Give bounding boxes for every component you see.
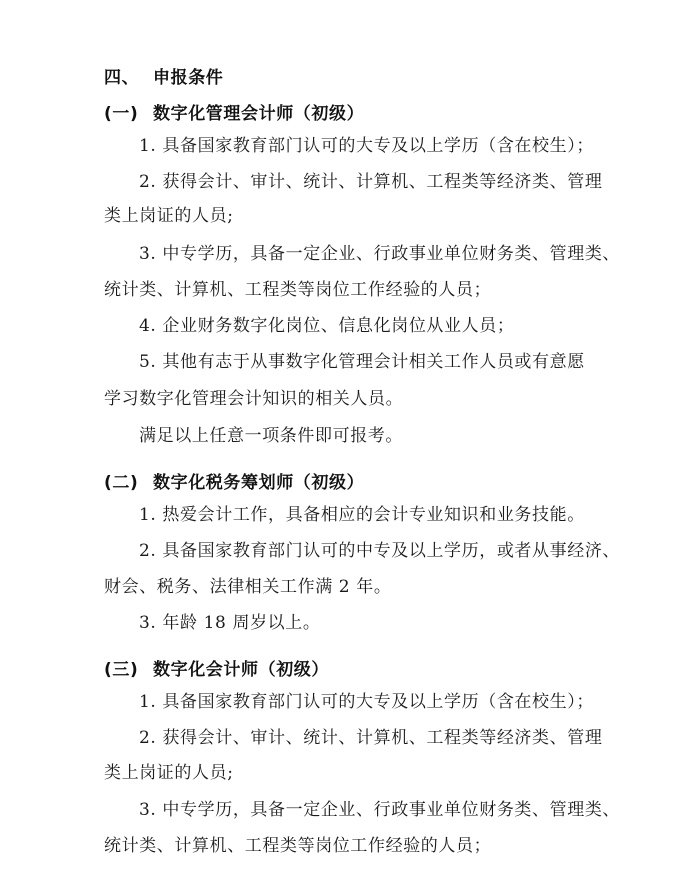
requirement-line: 类上岗证的人员; <box>104 205 234 227</box>
subsection-number: (一) <box>104 103 138 125</box>
requirement-line: 3. 中专学历，具备一定企业、行政事业单位财务类、管理类、 <box>139 799 620 821</box>
subsection-number: (三) <box>104 659 138 681</box>
requirement-line: 3. 年龄 18 周岁以上。 <box>139 612 320 634</box>
requirement-line: 1. 具备国家教育部门认可的大专及以上学历（含在校生）； <box>139 691 594 713</box>
requirement-line: 2. 获得会计、审计、统计、计算机、工程类等经济类、管理 <box>139 171 602 193</box>
requirement-line: 学习数字化管理会计知识的相关人员。 <box>104 388 403 410</box>
section-number: 四、 <box>104 67 139 89</box>
requirement-line: 4. 企业财务数字化岗位、信息化岗位从业人员； <box>139 315 514 337</box>
requirement-line: 统计类、计算机、工程类等岗位工作经验的人员； <box>104 279 491 301</box>
requirement-line: 2. 获得会计、审计、统计、计算机、工程类等经济类、管理 <box>139 727 602 749</box>
requirement-line: 2. 具备国家教育部门认可的中专及以上学历，或者从事经济、 <box>139 540 620 562</box>
requirement-line: 1. 热爱会计工作，具备相应的会计专业知识和业务技能。 <box>139 504 585 526</box>
requirement-note: 满足以上任意一项条件即可报考。 <box>139 425 403 447</box>
requirement-line: 财会、税务、法律相关工作满 2 年。 <box>104 576 391 598</box>
section-title: 申报条件 <box>153 67 223 89</box>
requirement-line: 5. 其他有志于从事数字化管理会计相关工作人员或有意愿 <box>139 351 585 373</box>
requirement-line: 统计类、计算机、工程类等岗位工作经验的人员； <box>104 835 491 857</box>
requirement-line: 3. 中专学历，具备一定企业、行政事业单位财务类、管理类、 <box>139 243 620 265</box>
requirement-line: 1. 具备国家教育部门认可的大专及以上学历（含在校生）； <box>139 135 594 157</box>
subsection-number: (二) <box>104 472 138 494</box>
subsection-title: 数字化管理会计师（初级） <box>153 103 364 125</box>
requirement-line: 类上岗证的人员; <box>104 762 234 784</box>
subsection-title: 数字化税务筹划师（初级） <box>153 472 364 494</box>
subsection-title: 数字化会计师（初级） <box>153 659 329 681</box>
